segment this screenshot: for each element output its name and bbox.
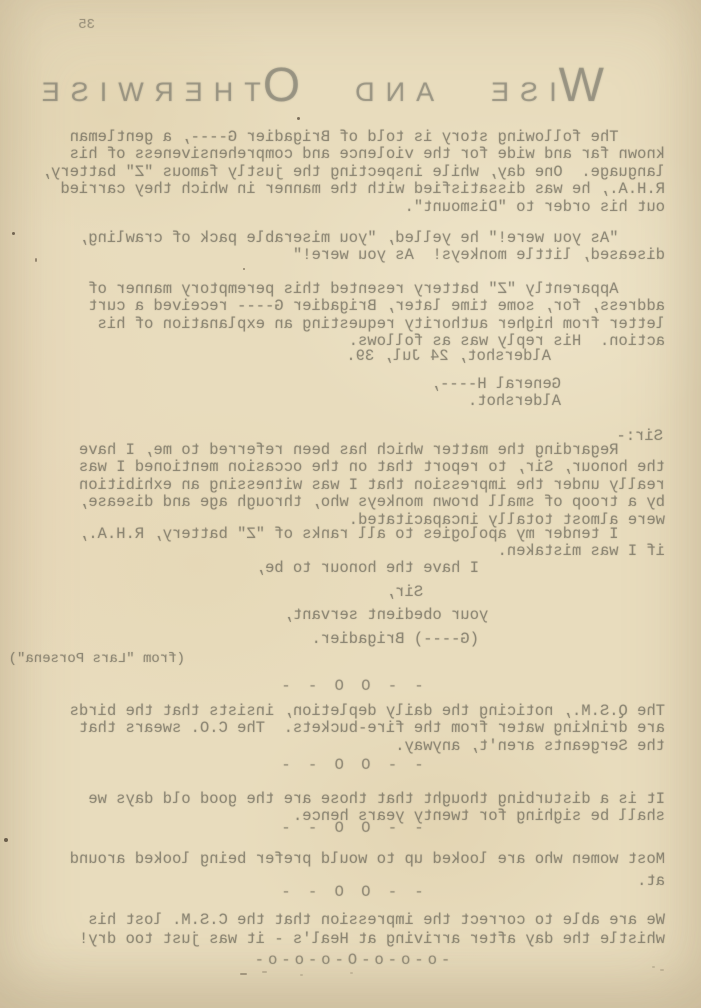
letter-closing: I have the honour to be, Sir, your obedi…: [256, 557, 665, 651]
section-divider-1: - - O O - -: [0, 678, 701, 695]
title-initial-w: W: [557, 59, 604, 112]
page-title: WISEANDOTHERWISE: [31, 58, 604, 118]
title-word-wise-rest: ISE: [480, 77, 557, 107]
letter-attribution: (from "Lars Porsena"): [9, 651, 185, 668]
pencil-smudge: [660, 969, 664, 971]
ink-speck: [243, 268, 245, 270]
ink-speck: [4, 838, 8, 842]
title-word-otherwise-rest: THERWISE: [31, 77, 261, 107]
mirrored-page-content: 35 WISEANDOTHERWISE The following story …: [0, 0, 701, 1008]
ink-speck: [297, 117, 300, 120]
paragraph-resent: Apparently "Z" battery resented this per…: [88, 281, 665, 351]
ink-speck: [12, 232, 15, 235]
final-divider: -o-o-o-O-o-o-o-: [0, 952, 701, 969]
title-initial-o: O: [261, 59, 300, 112]
letter-apology: I tender my apologies to all ranks of "Z…: [79, 526, 665, 561]
scanned-page: 35 WISEANDOTHERWISE The following story …: [0, 0, 701, 1008]
page-number: 35: [78, 17, 95, 33]
pencil-smudge: [652, 966, 655, 968]
paragraph-yell: "As you were!" he yelled, "you miserable…: [79, 230, 665, 265]
letter-addressee: General H----, Aldershot.: [431, 376, 561, 411]
section-divider-4: - - O O - -: [0, 884, 701, 901]
snippet-fire-buckets: The Q.S.M., noticing the daily depletion…: [70, 703, 665, 755]
pencil-smudge: [262, 971, 267, 973]
snippet-whistle: We are able to correct the impression th…: [79, 911, 665, 948]
ink-speck: [35, 258, 37, 262]
section-divider-2: - - O O - -: [0, 757, 701, 774]
paragraph-intro: The following story is told of Brigadier…: [42, 129, 665, 216]
title-word-and: AND: [344, 77, 434, 107]
pencil-smudge: [300, 974, 303, 976]
letter-date-line: Aldershot, 24 Jul, 39.: [346, 348, 551, 365]
letter-report: Regarding the matter which has been refe…: [79, 442, 665, 529]
pencil-smudge: [350, 972, 353, 974]
section-divider-3: - - O O - -: [0, 820, 701, 837]
pencil-smudge: [240, 973, 247, 975]
